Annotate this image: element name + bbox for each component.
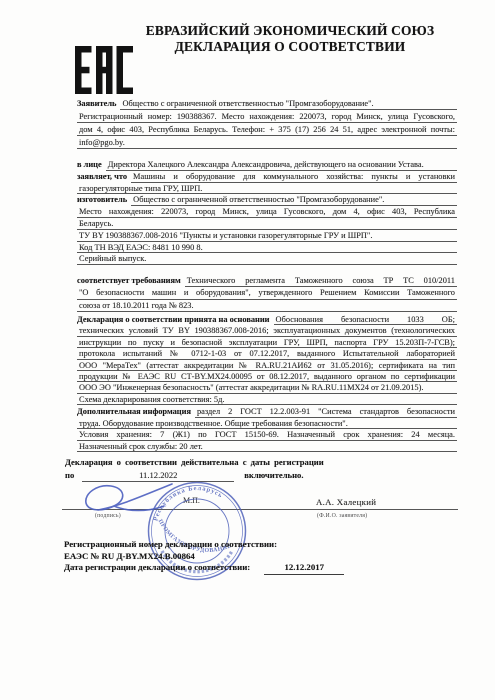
- field-value: Обоснования безопасности 1033 ОБ;: [274, 314, 457, 325]
- field-label: Заявитель: [77, 97, 120, 110]
- field-value: "О безопасности машин и оборудования", у…: [77, 287, 457, 299]
- field-value: Место нахождения: 220073, город Минск, у…: [77, 206, 457, 218]
- document-title: ЕВРАЗИЙСКИЙ ЭКОНОМИЧЕСКИЙ СОЮЗ ДЕКЛАРАЦИ…: [105, 23, 475, 56]
- field-value: продукции № ЕАЭС RU СТ-BY.MX24.00095 от …: [77, 371, 457, 382]
- text-line: дом 4, офис 403, Республика Беларусь. Те…: [77, 123, 457, 136]
- text-line: газорегуляторные типа ГРУ, ШРП.: [77, 183, 457, 195]
- text-line: Регистрационный номер: 190388367. Место …: [77, 110, 457, 123]
- text-line: Серийный выпуск.: [77, 253, 457, 265]
- rule-filler: [127, 136, 457, 149]
- rule-filler: [425, 382, 457, 393]
- text-line: заявляет, чтоМашины и оборудование для к…: [77, 171, 457, 183]
- text-line: труда. Оборудование производственное. Об…: [77, 418, 457, 430]
- rule-filler: [205, 441, 457, 453]
- field-label: в лице: [77, 159, 106, 171]
- field-value: дом 4, офис 403, Республика Беларусь. Те…: [77, 123, 457, 136]
- text-line: соответствует требованиямТехнического ре…: [77, 275, 457, 287]
- field-value: Код ТН ВЭД ЕАЭС: 8481 10 990 8.: [77, 242, 205, 254]
- field-value: ТУ BY 190388367.008-2016 "Пункты и устан…: [77, 230, 374, 242]
- field-value: Беларусь.: [77, 218, 115, 230]
- field-value: ООО ЭО "Инженерная безопасность" (аттест…: [77, 382, 425, 393]
- rule-filler: [196, 300, 457, 312]
- text-line: Условия хранения: 7 (Ж1) по ГОСТ 15150-6…: [77, 429, 457, 441]
- text-line: технических условий ТУ BY 190388367.008-…: [77, 325, 457, 336]
- registration-date-label: Дата регистрации декларации о соответств…: [64, 562, 250, 572]
- validity-inclusive-label: включительно.: [244, 469, 303, 482]
- title-line-union: ЕВРАЗИЙСКИЙ ЭКОНОМИЧЕСКИЙ СОЮЗ: [105, 23, 475, 39]
- declaration-document: ЕВРАЗИЙСКИЙ ЭКОНОМИЧЕСКИЙ СОЮЗ ДЕКЛАРАЦИ…: [0, 0, 495, 700]
- text-line: Место нахождения: 220073, город Минск, у…: [77, 206, 457, 218]
- title-line-declaration: ДЕКЛАРАЦИЯ О СООТВЕТСТВИИ: [105, 39, 475, 55]
- requirements-section: соответствует требованиямТехнического ре…: [77, 275, 457, 312]
- rule-filler: [115, 218, 457, 230]
- field-value: Серийный выпуск.: [77, 253, 148, 265]
- text-line: продукции № ЕАЭС RU СТ-BY.MX24.00095 от …: [77, 371, 457, 382]
- text-line: протокола испытаний № 0712-1-03 от 07.12…: [77, 348, 457, 359]
- rule-filler: [205, 242, 457, 254]
- text-line: Беларусь.: [77, 218, 457, 230]
- text-line: "О безопасности машин и оборудования", у…: [77, 287, 457, 299]
- field-value: Общество с ограниченной ответственностью…: [120, 97, 375, 110]
- text-line: изготовительОбщество с ограниченной отве…: [77, 194, 457, 206]
- applicant-section: ЗаявительОбщество с ограниченной ответст…: [77, 97, 457, 149]
- rule-filler: [426, 159, 457, 171]
- field-value: info@pgo.by.: [77, 136, 127, 149]
- field-value: раздел 2 ГОСТ 12.2.003-91 "Система станд…: [195, 406, 457, 418]
- text-line: ООО ЭО "Инженерная безопасность" (аттест…: [77, 382, 457, 393]
- rule-filler: [204, 183, 457, 195]
- field-value: Регистрационный номер: 190388367. Место …: [77, 110, 457, 123]
- declarant-name-caption: (Ф.И.О. заявителя): [317, 513, 367, 519]
- field-value: союза от 18.10.2011 года № 823.: [77, 300, 196, 312]
- text-line: info@pgo.by.: [77, 136, 457, 149]
- rule-filler: [374, 230, 457, 242]
- rule-filler: [226, 394, 457, 405]
- registration-number: ЕАЭС № RU Д-BY.MX24.B.00864: [64, 551, 464, 563]
- field-value: инструкции по пуску и безопасной эксплуа…: [77, 337, 457, 348]
- field-label: заявляет, что: [77, 171, 131, 183]
- text-line: союза от 18.10.2011 года № 823.: [77, 300, 457, 312]
- field-value: ООО "МераТех" (аттестат аккредитации № R…: [77, 360, 457, 371]
- basis-section: Декларация о соответствии принята на осн…: [77, 314, 457, 405]
- field-label: Декларация о соответствии принята на осн…: [77, 314, 274, 325]
- field-label: изготовитель: [77, 194, 131, 206]
- text-line: Декларация о соответствии принята на осн…: [77, 314, 457, 325]
- text-line: инструкции по пуску и безопасной эксплуа…: [77, 337, 457, 348]
- field-value: Общество с ограниченной ответственностью…: [131, 194, 386, 206]
- product-manufacturer-section: в лицеДиректора Халецкого Александра Але…: [77, 159, 457, 265]
- rule-filler: [350, 418, 457, 430]
- field-value: протокола испытаний № 0712-1-03 от 07.12…: [77, 348, 457, 359]
- registration-date: 12.12.2017: [264, 562, 344, 575]
- text-line: ЗаявительОбщество с ограниченной ответст…: [77, 97, 457, 110]
- field-value: труда. Оборудование производственное. Об…: [77, 418, 350, 430]
- rule-filler: [386, 194, 457, 206]
- field-value: Технического регламента Таможенного союз…: [185, 275, 457, 287]
- registration-date-line: Дата регистрации декларации о соответств…: [64, 562, 464, 574]
- field-value: Назначенный срок службы: 20 лет.: [77, 441, 205, 453]
- text-line: ТУ BY 190388367.008-2016 "Пункты и устан…: [77, 230, 457, 242]
- field-value: Схема декларирования соответствия: 5д.: [77, 394, 226, 405]
- field-value: Машины и оборудование для коммунального …: [131, 171, 457, 183]
- registration-number-label: Регистрационный номер декларации о соотв…: [64, 539, 464, 551]
- text-line: ООО "МераТех" (аттестат аккредитации № R…: [77, 360, 457, 371]
- validity-heading: Декларация о соответствии действительна …: [65, 457, 457, 467]
- text-line: в лицеДиректора Халецкого Александра Але…: [77, 159, 457, 171]
- declarant-name: А.А. Халецкий: [316, 497, 436, 507]
- additional-info-section: Дополнительная информацияраздел 2 ГОСТ 1…: [77, 406, 457, 452]
- rule-filler: [376, 97, 457, 110]
- text-line: Назначенный срок службы: 20 лет.: [77, 441, 457, 453]
- text-line: Схема декларирования соответствия: 5д.: [77, 394, 457, 405]
- field-value: технических условий ТУ BY 190388367.008-…: [77, 325, 457, 336]
- field-label: Дополнительная информация: [77, 406, 195, 418]
- rule-filler: [148, 253, 457, 265]
- field-label: соответствует требованиям: [77, 275, 185, 287]
- registration-block: Регистрационный номер декларации о соотв…: [64, 539, 464, 574]
- field-value: газорегуляторные типа ГРУ, ШРП.: [77, 183, 204, 195]
- text-line: Код ТН ВЭД ЕАЭС: 8481 10 990 8.: [77, 242, 457, 254]
- validity-po-label: по: [65, 469, 74, 482]
- field-value: Директора Халецкого Александра Александр…: [106, 159, 426, 171]
- text-line: Дополнительная информацияраздел 2 ГОСТ 1…: [77, 406, 457, 418]
- field-value: Условия хранения: 7 (Ж1) по ГОСТ 15150-6…: [77, 429, 457, 441]
